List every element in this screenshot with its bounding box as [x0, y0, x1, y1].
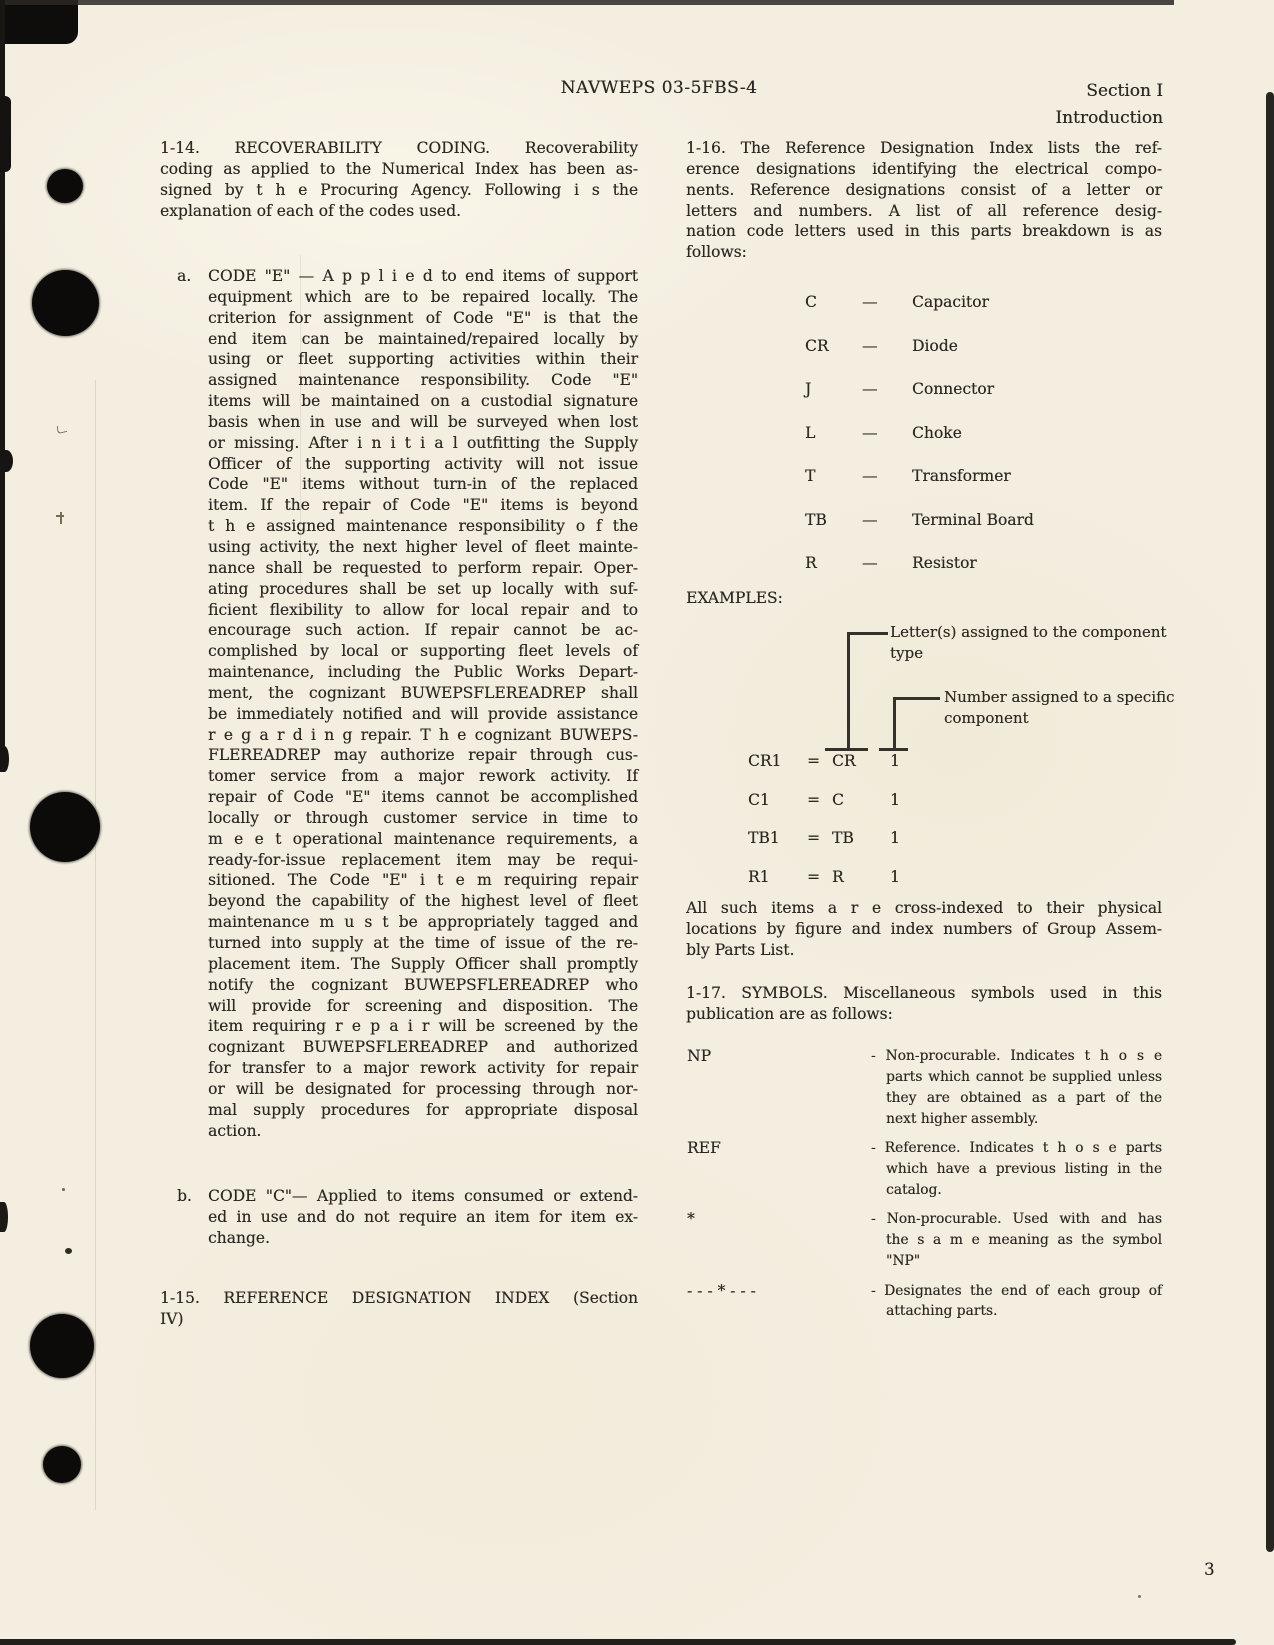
text-line: encourage such action. If repair cannot … [208, 620, 638, 641]
scan-bottom-edge [0, 1639, 1236, 1645]
list-marker: b. [177, 1186, 192, 1207]
item-code-c-text: CODE "C"— Applied to items consumed or e… [208, 1186, 638, 1249]
text-line: item. If the repair of Code "E" items is… [208, 495, 638, 516]
text-line: 1-17. SYMBOLS. Miscellaneous symbols use… [686, 983, 1162, 1004]
symbol-entry: - - - * - - - - Designates the end of ea… [686, 1281, 1162, 1323]
text-line: 1-16. The Reference Designation Index li… [686, 138, 1162, 159]
text-line: using or fleet supporting activities wit… [208, 349, 638, 370]
example-ref: C1 [748, 790, 770, 811]
text-line: tomer service from a major rework activi… [208, 766, 638, 787]
code-row: J — Connector [686, 379, 1162, 423]
code-name: Choke [912, 423, 962, 444]
text-line: - Designates the end of each group of [886, 1281, 1162, 1302]
text-line: CODE "E" — A p p l i e d to end items of… [208, 266, 638, 287]
text-line: the s a m e meaning as the symbol [886, 1230, 1162, 1251]
dash: — [862, 553, 878, 574]
text-line: repair of Code "E" items cannot be accom… [208, 787, 638, 808]
code-row: L — Choke [686, 423, 1162, 467]
binder-hole [30, 792, 100, 862]
text-line: mal supply procedures for appropriate di… [208, 1100, 638, 1121]
dash: — [862, 423, 878, 444]
text-line: ating procedures shall be set up locally… [208, 579, 638, 600]
code-name: Transformer [912, 466, 1011, 487]
text-line: IV) [160, 1309, 638, 1330]
symbol-term: - - - * - - - [687, 1281, 756, 1302]
text-line: locations by figure and index numbers of… [686, 919, 1162, 940]
scan-left-edge [0, 450, 13, 472]
example-number: 1 [890, 828, 900, 849]
symbols-list: NP - Non-procurable. Indicates t h o s e… [686, 1046, 1162, 1331]
text-line: maintenance, including the Public Works … [208, 662, 638, 683]
text-line: ed in use and do not require an item for… [208, 1207, 638, 1228]
list-marker: a. [177, 266, 191, 287]
text-line: 1-15. REFERENCE DESIGNATION INDEX (Secti… [160, 1288, 638, 1309]
text-line: explanation of each of the codes used. [160, 201, 638, 222]
symbol-term: NP [687, 1046, 711, 1067]
symbol-description: - Non-procurable. Indicates t h o s epar… [871, 1046, 1162, 1129]
text-line: catalog. [886, 1180, 1162, 1201]
code-letter: J [805, 379, 811, 400]
text-line: basis when in use and will be surveyed w… [208, 412, 638, 433]
text-line: signed by t h e Procuring Agency. Follow… [160, 180, 638, 201]
dash: — [862, 379, 878, 400]
paragraph-1-15: 1-15. REFERENCE DESIGNATION INDEX (Secti… [160, 1288, 638, 1330]
example-letters: R [832, 867, 844, 888]
diagram-bracket-line [893, 697, 896, 751]
paragraph-1-17: 1-17. SYMBOLS. Miscellaneous symbols use… [686, 983, 1162, 1025]
text-line: nance shall be requested to perform repa… [208, 558, 638, 579]
item-code-e: a. CODE "E" — A p p l i e d to end items… [160, 266, 638, 1141]
text-line: FLEREADREP may authorize repair through … [208, 745, 638, 766]
text-line: be immediately notified and will provide… [208, 704, 638, 725]
document-page: NAVWEPS 03-5FBS-4 Section I Introduction… [0, 0, 1274, 1645]
binder-hole [30, 1314, 94, 1378]
text-line: - Non-procurable. Indicates t h o s e [886, 1046, 1162, 1067]
example-letters: C [832, 790, 844, 811]
text-line: item requiring r e p a i r will be scree… [208, 1016, 638, 1037]
dash: — [862, 336, 878, 357]
text-line: turned into supply at the time of issue … [208, 933, 638, 954]
binder-hole [43, 1446, 81, 1483]
text-line: next higher assembly. [886, 1109, 1162, 1130]
page-number: 3 [1204, 1560, 1215, 1579]
diagram-bracket-line [893, 697, 940, 700]
pencil-mark [57, 424, 67, 435]
diagram-bracket-line [847, 632, 850, 751]
text-line: t h e assigned maintenance responsibilit… [208, 516, 638, 537]
text-line: they are obtained as a part of the [886, 1088, 1162, 1109]
paragraph-1-14: 1-14. RECOVERABILITY CODING. Recoverabil… [160, 138, 638, 221]
text-line: bly Parts List. [686, 940, 1162, 961]
code-name: Connector [912, 379, 994, 400]
symbol-description: - Non-procurable. Used with and hasthe s… [871, 1209, 1162, 1272]
text-line: letters and numbers. A list of all refer… [686, 201, 1162, 222]
symbol-description: - Designates the end of each group ofatt… [871, 1281, 1162, 1323]
example-ref: R1 [748, 867, 770, 888]
diagram-label-number: Number assigned to a specificcomponent [944, 687, 1174, 729]
binder-hole [47, 169, 83, 203]
scan-corner-black [0, 0, 78, 44]
code-letter: R [805, 553, 817, 574]
text-line: coding as applied to the Numerical Index… [160, 159, 638, 180]
code-letter: L [805, 423, 815, 444]
text-line: which have a previous listing in the [886, 1159, 1162, 1180]
text-line: sitioned. The Code "E" i t e m requiring… [208, 870, 638, 891]
text-line: placement item. The Supply Officer shall… [208, 954, 638, 975]
scan-left-edge [0, 96, 11, 172]
text-line: locally or through customer service in t… [208, 808, 638, 829]
example-row: C1 = C 1 [686, 790, 1162, 829]
text-line: All such items a r e cross-indexed to th… [686, 898, 1162, 919]
examples-heading: EXAMPLES: [686, 588, 1162, 609]
code-letter: T [805, 466, 815, 487]
text-line: notify the cognizant BUWEPSFLEREADREP wh… [208, 975, 638, 996]
diagram-label-letters: Letter(s) assigned to the componenttype [890, 622, 1166, 664]
text-line: nents. Reference designations consist of… [686, 180, 1162, 201]
scan-left-edge [0, 746, 9, 772]
example-rows: CR1 = CR 1 C1 = C 1 TB1 = TB 1 R1 = [686, 751, 1162, 905]
item-code-e-text: CODE "E" — A p p l i e d to end items of… [208, 266, 638, 1141]
example-letters: TB [832, 828, 854, 849]
code-row: TB — Terminal Board [686, 510, 1162, 554]
scan-right-edge [1266, 92, 1274, 1552]
dash: — [862, 510, 878, 531]
text-line: "NP" [886, 1251, 1162, 1272]
code-row: CR — Diode [686, 336, 1162, 380]
text-line: using activity, the next higher level of… [208, 537, 638, 558]
example-number: 1 [890, 751, 900, 772]
text-line: attaching parts. [886, 1301, 1162, 1322]
example-row: TB1 = TB 1 [686, 828, 1162, 867]
text-line: r e g a r d i n g repair. T h e cognizan… [208, 725, 638, 746]
symbol-entry: REF - Reference. Indicates t h o s e par… [686, 1138, 1162, 1201]
text-line: component [944, 708, 1174, 729]
code-name: Diode [912, 336, 958, 357]
paper-crease [95, 380, 96, 1510]
section-title: Section I [1055, 78, 1163, 105]
section-header: Section I Introduction [1055, 78, 1163, 132]
text-line: CODE "C"— Applied to items consumed or e… [208, 1186, 638, 1207]
paragraph-cross-index: All such items a r e cross-indexed to th… [686, 898, 1162, 961]
code-row: T — Transformer [686, 466, 1162, 510]
symbol-entry: NP - Non-procurable. Indicates t h o s e… [686, 1046, 1162, 1129]
text-line: erence designations identifying the elec… [686, 159, 1162, 180]
text-line: maintenance m u s t be appropriately tag… [208, 912, 638, 933]
example-row: CR1 = CR 1 [686, 751, 1162, 790]
pencil-mark [56, 512, 64, 524]
equals-sign: = [807, 790, 820, 811]
text-line: publication are as follows: [686, 1004, 1162, 1025]
text-line: parts which cannot be supplied unless [886, 1067, 1162, 1088]
text-line: ficient flexibility to allow for local r… [208, 600, 638, 621]
example-letters: CR [832, 751, 856, 772]
text-line: type [890, 643, 1166, 664]
text-line: m e e t operational maintenance requirem… [208, 829, 638, 850]
dash: — [862, 292, 878, 313]
text-line: nation code letters used in this parts b… [686, 221, 1162, 242]
text-line: - Reference. Indicates t h o s e parts [886, 1138, 1162, 1159]
scan-speck [1138, 1595, 1141, 1598]
text-line: end item can be maintained/repaired loca… [208, 329, 638, 350]
code-row: C — Capacitor [686, 292, 1162, 336]
text-line: follows: [686, 242, 1162, 263]
example-ref: CR1 [748, 751, 781, 772]
example-ref: TB1 [748, 828, 780, 849]
diagram-bracket-line [847, 632, 888, 635]
symbol-term: REF [687, 1138, 721, 1159]
text-line: cognizant BUWEPSFLEREADREP and authorize… [208, 1037, 638, 1058]
text-line: or will be designated for processing thr… [208, 1079, 638, 1100]
text-line: Number assigned to a specific [944, 687, 1174, 708]
scan-top-edge [0, 0, 1174, 5]
text-line: action. [208, 1121, 638, 1142]
text-line: for transfer to a major rework activity … [208, 1058, 638, 1079]
section-subtitle: Introduction [1055, 105, 1163, 132]
text-line: Officer of the supporting activity will … [208, 454, 638, 475]
equals-sign: = [807, 867, 820, 888]
text-line: change. [208, 1228, 638, 1249]
text-line: will provide for screening and dispositi… [208, 996, 638, 1017]
text-line: or missing. After i n i t i a l outfitti… [208, 433, 638, 454]
reference-code-list: C — Capacitor CR — Diode J — Connector L… [686, 292, 1162, 597]
binder-hole [32, 270, 99, 336]
scan-speck [62, 1188, 65, 1191]
text-line: ready-for-issue replacement item may be … [208, 850, 638, 871]
item-code-c: b. CODE "C"— Applied to items consumed o… [160, 1186, 638, 1249]
text-line: Code "E" items without turn-in of the re… [208, 474, 638, 495]
symbol-entry: * - Non-procurable. Used with and hasthe… [686, 1209, 1162, 1272]
text-line: Letter(s) assigned to the component [890, 622, 1166, 643]
symbol-description: - Reference. Indicates t h o s e partswh… [871, 1138, 1162, 1201]
code-letter: CR [805, 336, 829, 357]
text-line: equipment which are to be repaired local… [208, 287, 638, 308]
code-letter: C [805, 292, 817, 313]
paragraph-1-16: 1-16. The Reference Designation Index li… [686, 138, 1162, 263]
text-line: 1-14. RECOVERABILITY CODING. Recoverabil… [160, 138, 638, 159]
text-line: beyond the capability of the highest lev… [208, 891, 638, 912]
symbol-term: * [687, 1209, 695, 1230]
code-name: Capacitor [912, 292, 989, 313]
dash: — [862, 466, 878, 487]
text-line: complished by local or supporting fleet … [208, 641, 638, 662]
text-line: items will be maintained on a custodial … [208, 391, 638, 412]
equals-sign: = [807, 828, 820, 849]
text-line: assigned maintenance responsibility. Cod… [208, 370, 638, 391]
text-line: - Non-procurable. Used with and has [886, 1209, 1162, 1230]
text-line: ment, the cognizant BUWEPSFLEREADREP sha… [208, 683, 638, 704]
code-name: Terminal Board [912, 510, 1034, 531]
example-number: 1 [890, 867, 900, 888]
text-line: criterion for assignment of Code "E" is … [208, 308, 638, 329]
scan-speck [65, 1248, 72, 1254]
equals-sign: = [807, 751, 820, 772]
scan-left-edge [0, 1202, 8, 1232]
example-number: 1 [890, 790, 900, 811]
code-letter: TB [805, 510, 827, 531]
code-name: Resistor [912, 553, 977, 574]
